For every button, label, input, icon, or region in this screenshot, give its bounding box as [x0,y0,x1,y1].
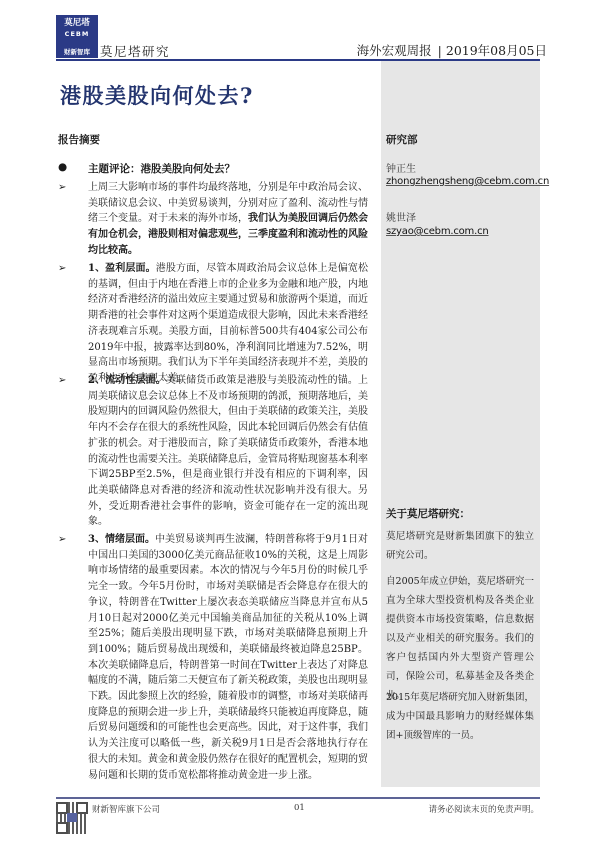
analyst-email-link[interactable]: zhongzhengsheng@cebm.com.cn [386,176,549,187]
header-separator: | [438,43,442,58]
qr-logo-icon [67,813,77,822]
analyst-name: 姚世泽 [386,209,416,224]
paragraph-bold-lead: 3、情绪层面。 [88,534,155,545]
main-topic-bullet: ● 主题评论：港股美股向何处去？ [58,161,235,176]
arrow-bullet-icon: ➢ [58,373,88,530]
paragraph-bold-lead: 1、盈利层面。 [88,263,156,274]
about-paragraph: 莫尼塔研究是财新集团旗下的独立研究公司。 [386,527,534,565]
arrow-bullet-icon: ➢ [58,532,88,783]
about-paragraph: 自2005年成立伊始，莫尼塔研究一直为全球大型投资机构及各类企业提供资本市场投资… [386,572,534,705]
logo-line-1: 莫尼塔 [59,18,95,28]
report-type: 海外宏观周报 [357,43,432,58]
report-title: 港股美股向何处去? [60,80,254,110]
report-meta: 海外宏观周报|2019年08月05日 [357,41,547,59]
paragraph-text: 港股方面，尽管本周政治局会议总体上是偏宽松的基调，但由于内地在香港上市的企业多为… [88,263,368,384]
summary-paragraph-intro: ➢ 上周三大影响市场的事件均最终落地，分别是年中政治局会议、美联储议息会议、中美… [58,180,368,259]
cebm-logo: 莫尼塔 CEBM 财新智库 [56,15,98,58]
arrow-bullet-icon: ➢ [58,180,88,259]
analyst-name: 钟正生 [386,160,416,175]
main-topic-text: 主题评论：港股美股向何处去？ [88,161,235,176]
summary-paragraph-liquidity: ➢ 2、流动性层面。美联储货币政策是港股与美股流动性的锚。上周美联储议息会议总体… [58,373,368,530]
paragraph-bold-lead: 2、流动性层面。 [88,375,166,386]
about-heading: 关于莫尼塔研究： [386,506,470,521]
footer-company: 财新智库旗下公司 [92,803,160,815]
summary-heading: 报告摘要 [58,132,100,147]
paragraph-text: 中美贸易谈判再生波澜，特朗普称将于9月1日对中国出口美国的3000亿美元商品征收… [88,534,368,781]
qr-finder-icon [56,822,68,834]
footer-divider [56,797,540,799]
summary-paragraph-sentiment: ➢ 3、情绪层面。中美贸易谈判再生波澜，特朗普称将于9月1日对中国出口美国的30… [58,532,368,783]
paragraph-text: 美联储货币政策是港股与美股流动性的锚。上周美联储议息会议总体上不及市场预期的鸽派… [88,375,368,527]
footer-disclaimer: 请务必阅读末页的免责声明。 [428,803,539,815]
qr-finder-icon [76,802,88,814]
logo-line-3: 财新智库 [56,46,98,58]
bullet-dot-icon: ● [58,161,88,176]
arrow-bullet-icon: ➢ [58,261,88,387]
about-paragraph: 2015年莫尼塔研究加入财新集团，成为中国最具影响力的财经媒体集团+顶级智库的一… [386,688,534,745]
logo-line-2: CEBM [59,30,95,38]
report-date: 2019年08月05日 [446,43,547,58]
analyst-email-link[interactable]: szyao@cebm.com.cn [386,226,489,237]
brand-name: 莫尼塔研究 [100,42,170,60]
summary-paragraph-earnings: ➢ 1、盈利层面。港股方面，尽管本周政治局会议总体上是偏宽松的基调，但由于内地在… [58,261,368,387]
department-heading: 研究部 [386,132,418,147]
page-number: 01 [294,803,305,813]
qr-code-icon [56,802,88,834]
